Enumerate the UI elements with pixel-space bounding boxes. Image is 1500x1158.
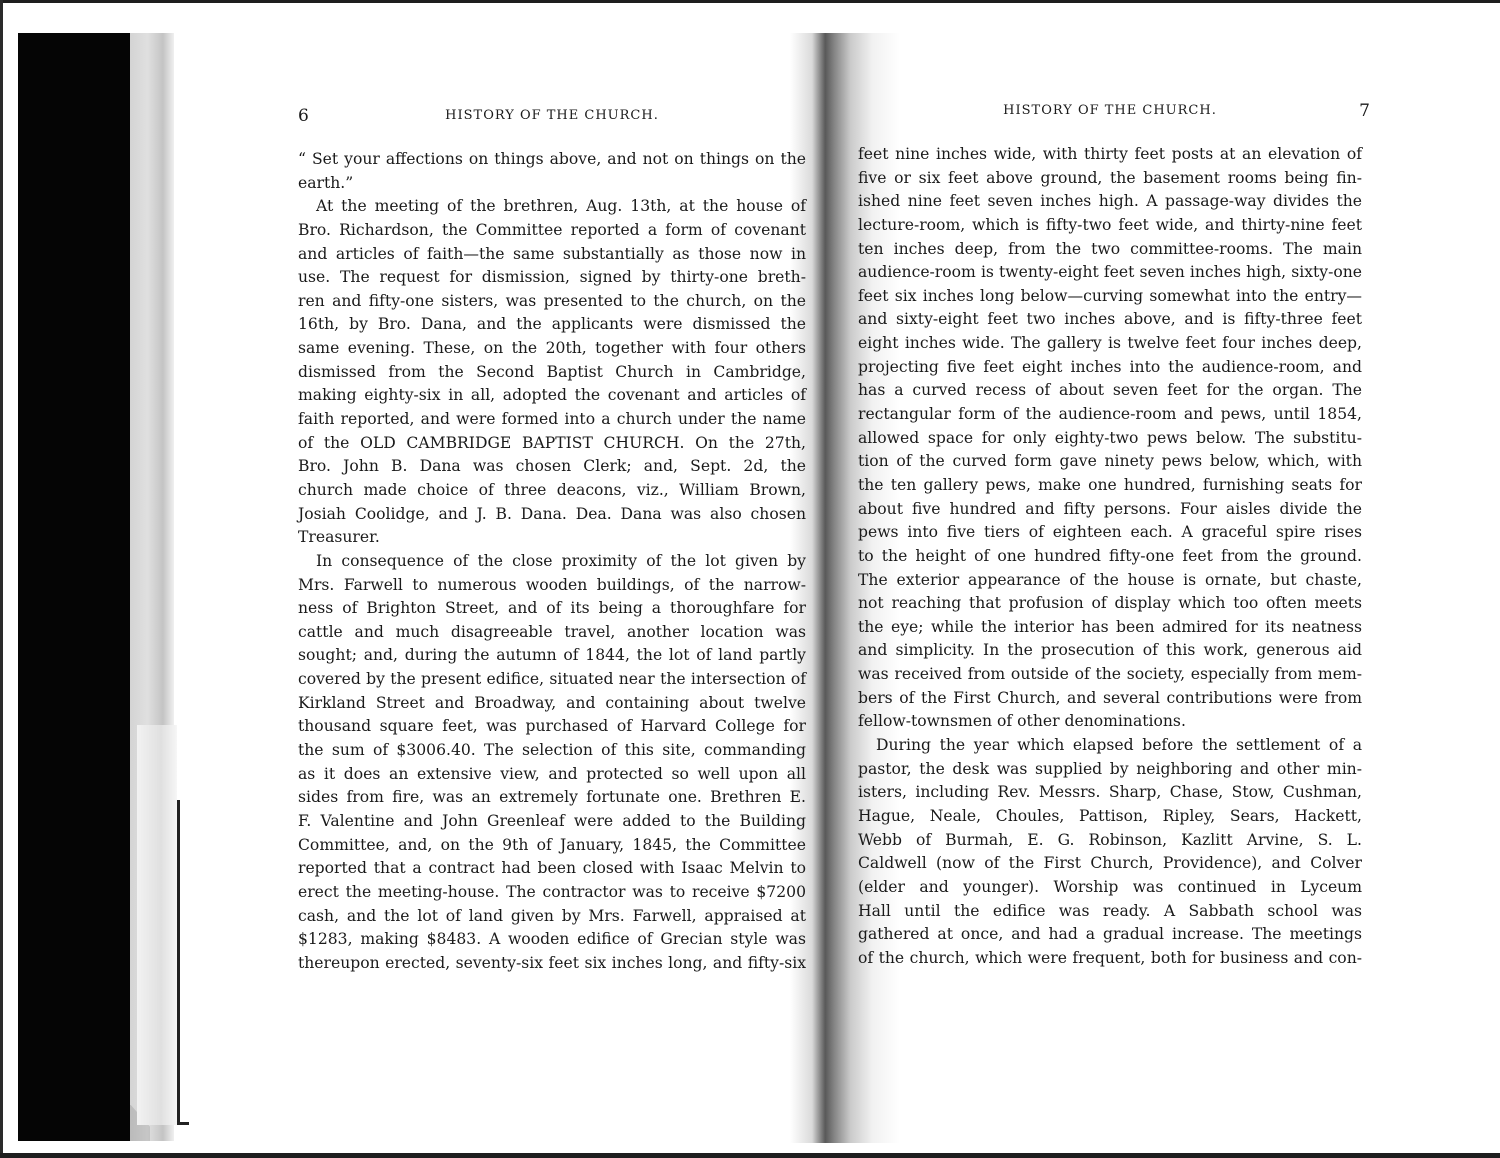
book-binding-shadow bbox=[18, 33, 130, 1141]
text-line: ness of Brighton Street, and of its bein… bbox=[298, 597, 806, 621]
text-line: cattle and much disagreeable travel, ano… bbox=[298, 621, 806, 645]
text-line: 16th, by Bro. Dana, and the applicants w… bbox=[298, 313, 806, 337]
text-line: F. Valentine and John Greenleaf were add… bbox=[298, 810, 806, 834]
text-line: isters, including Rev. Messrs. Sharp, Ch… bbox=[858, 781, 1362, 805]
text-line: audience-room is twenty-eight feet seven… bbox=[858, 261, 1362, 285]
text-line: feet six inches long below—curving somew… bbox=[858, 285, 1362, 309]
text-line: ten inches deep, from the two committee-… bbox=[858, 238, 1362, 262]
text-line: use. The request for dismission, signed … bbox=[298, 266, 806, 290]
text-line: the sum of $3006.40. The selection of th… bbox=[298, 739, 806, 763]
text-line: eight inches wide. The gallery is twelve… bbox=[858, 332, 1362, 356]
scan-edge-top bbox=[0, 0, 1500, 3]
text-line: Josiah Coolidge, and J. B. Dana. Dea. Da… bbox=[298, 503, 806, 527]
body-text: feet nine inches wide, with thirty feet … bbox=[858, 143, 1362, 970]
body-text: “ Set your affections on things above, a… bbox=[298, 148, 806, 975]
text-line: Bro. John B. Dana was chosen Clerk; and,… bbox=[298, 455, 806, 479]
text-line: (elder and younger). Worship was continu… bbox=[858, 876, 1362, 900]
page-stack-edge-lower bbox=[137, 725, 177, 1125]
text-line: and simplicity. In the prosecution of th… bbox=[858, 639, 1362, 663]
left-page: 6 HISTORY OF THE CHURCH. “ Set your affe… bbox=[298, 106, 806, 975]
text-line: Hague, Neale, Choules, Pattison, Ripley,… bbox=[858, 805, 1362, 829]
text-line: the eye; while the interior has been adm… bbox=[858, 616, 1362, 640]
running-head: HISTORY OF THE CHURCH. 7 bbox=[858, 101, 1362, 131]
text-line: feet nine inches wide, with thirty feet … bbox=[858, 143, 1362, 167]
text-line: thereupon erected, seventy-six feet six … bbox=[298, 952, 806, 976]
text-line: In consequence of the close proximity of… bbox=[298, 550, 806, 574]
text-line: projecting five feet eight inches into t… bbox=[858, 356, 1362, 380]
text-line: allowed space for only eighty-two pews b… bbox=[858, 427, 1362, 451]
text-line: $1283, making $8483. A wooden edifice of… bbox=[298, 928, 806, 952]
text-line: and articles of faith—the same substanti… bbox=[298, 243, 806, 267]
right-page: HISTORY OF THE CHURCH. 7 feet nine inche… bbox=[858, 101, 1362, 970]
text-line: The exterior appearance of the house is … bbox=[858, 569, 1362, 593]
text-line: erect the meeting-house. The contractor … bbox=[298, 881, 806, 905]
page-edge-line bbox=[177, 800, 180, 1125]
text-line: same evening. These, on the 20th, togeth… bbox=[298, 337, 806, 361]
text-line: pews into five tiers of eighteen each. A… bbox=[858, 521, 1362, 545]
text-line: fellow-townsmen of other denominations. bbox=[858, 710, 1362, 734]
text-line: of the OLD CAMBRIDGE BAPTIST CHURCH. On … bbox=[298, 432, 806, 456]
text-line: Bro. Richardson, the Committee reported … bbox=[298, 219, 806, 243]
text-line: as it does an extensive view, and protec… bbox=[298, 763, 806, 787]
text-line: gathered at once, and had a gradual incr… bbox=[858, 923, 1362, 947]
text-line: Kirkland Street and Broadway, and contai… bbox=[298, 692, 806, 716]
text-line: Hall until the edifice was ready. A Sabb… bbox=[858, 900, 1362, 924]
text-line: earth.” bbox=[298, 172, 806, 196]
text-line: Caldwell (now of the First Church, Provi… bbox=[858, 852, 1362, 876]
text-line: was received from outside of the society… bbox=[858, 663, 1362, 687]
scan-edge-left bbox=[0, 0, 3, 1158]
text-line: ren and fifty-one sisters, was presented… bbox=[298, 290, 806, 314]
text-line: has a curved recess of about seven feet … bbox=[858, 379, 1362, 403]
text-line: lecture-room, which is fifty-two feet wi… bbox=[858, 214, 1362, 238]
text-line: making eighty-six in all, adopted the co… bbox=[298, 384, 806, 408]
page-number: 7 bbox=[1359, 101, 1370, 121]
running-head-title: HISTORY OF THE CHURCH. bbox=[858, 103, 1362, 118]
page-edge-line-foot bbox=[177, 1122, 189, 1125]
text-line: Treasurer. bbox=[298, 526, 806, 550]
text-line: “ Set your affections on things above, a… bbox=[298, 148, 806, 172]
text-line: the ten gallery pews, make one hundred, … bbox=[858, 474, 1362, 498]
text-line: faith reported, and were formed into a c… bbox=[298, 408, 806, 432]
text-line: thousand square feet, was purchased of H… bbox=[298, 715, 806, 739]
running-head: 6 HISTORY OF THE CHURCH. bbox=[298, 106, 806, 136]
text-line: Mrs. Farwell to numerous wooden building… bbox=[298, 574, 806, 598]
text-line: sought; and, during the autumn of 1844, … bbox=[298, 644, 806, 668]
running-head-title: HISTORY OF THE CHURCH. bbox=[298, 108, 806, 123]
text-line: reported that a contract had been closed… bbox=[298, 857, 806, 881]
text-line: Committee, and, on the 9th of January, 1… bbox=[298, 834, 806, 858]
text-line: dismissed from the Second Baptist Church… bbox=[298, 361, 806, 385]
text-line: to the height of one hundred fifty-one f… bbox=[858, 545, 1362, 569]
text-line: pastor, the desk was supplied by neighbo… bbox=[858, 758, 1362, 782]
text-line: not reaching that profusion of display w… bbox=[858, 592, 1362, 616]
text-line: of the church, which were frequent, both… bbox=[858, 947, 1362, 971]
text-line: sides from fire, was an extremely fortun… bbox=[298, 786, 806, 810]
text-line: tion of the curved form gave ninety pews… bbox=[858, 450, 1362, 474]
text-line: ished nine feet seven inches high. A pas… bbox=[858, 190, 1362, 214]
scan-edge-bottom bbox=[0, 1153, 1500, 1158]
text-line: rectangular form of the audience-room an… bbox=[858, 403, 1362, 427]
text-line: covered by the present edifice, situated… bbox=[298, 668, 806, 692]
text-line: Webb of Burmah, E. G. Robinson, Kazlitt … bbox=[858, 829, 1362, 853]
text-line: During the year which elapsed before the… bbox=[858, 734, 1362, 758]
text-line: and sixty-eight feet two inches above, a… bbox=[858, 308, 1362, 332]
text-line: At the meeting of the brethren, Aug. 13t… bbox=[298, 195, 806, 219]
text-line: cash, and the lot of land given by Mrs. … bbox=[298, 905, 806, 929]
text-line: five or six feet above ground, the basem… bbox=[858, 167, 1362, 191]
text-line: bers of the First Church, and several co… bbox=[858, 687, 1362, 711]
text-line: about five hundred and fifty persons. Fo… bbox=[858, 498, 1362, 522]
text-line: church made choice of three deacons, viz… bbox=[298, 479, 806, 503]
